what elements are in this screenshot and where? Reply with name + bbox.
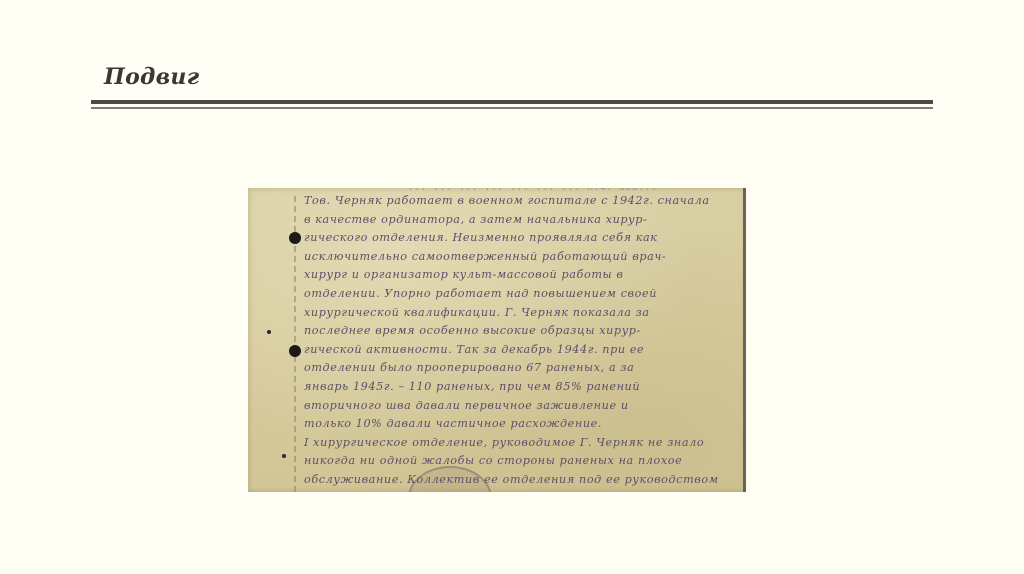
punch-hole bbox=[289, 345, 301, 357]
scanned-document-image: ... ... ... ... ... ... ... А.4. 888... … bbox=[248, 188, 746, 492]
title-divider-thin bbox=[91, 107, 933, 109]
text-line: отделении. Упорно работает над повышение… bbox=[304, 285, 740, 304]
punch-hole bbox=[289, 232, 301, 244]
ink-dot bbox=[282, 454, 286, 458]
ink-dot bbox=[267, 330, 271, 334]
text-line: никогда ни одной жалобы со стороны ранен… bbox=[304, 452, 740, 471]
text-line: отделении было прооперировано 67 раненых… bbox=[304, 359, 740, 378]
text-line: I хирургическое отделение, руководимое Г… bbox=[304, 434, 740, 453]
text-line: исключительно самоотверженный работающий… bbox=[304, 248, 740, 267]
text-line: гической активности. Так за декабрь 1944… bbox=[304, 341, 740, 360]
text-line: хирургической квалификации. Г. Черняк по… bbox=[304, 304, 740, 323]
text-line: в качестве ординатора, а затем начальник… bbox=[304, 211, 740, 230]
text-line: январь 1945г. – 110 раненых, при чем 85%… bbox=[304, 378, 740, 397]
title-divider-thick bbox=[91, 100, 933, 104]
slide-title: Подвиг bbox=[104, 64, 199, 90]
document-edge bbox=[743, 188, 746, 492]
handwritten-text: Тов. Черняк работает в военном госпитале… bbox=[304, 192, 740, 492]
text-line: хирург и организатор культ-массовой рабо… bbox=[304, 266, 740, 285]
text-line: вторичного шва давали первичное заживлен… bbox=[304, 397, 740, 416]
text-line: создал собственную художественную самоде… bbox=[304, 490, 740, 493]
text-line: обслуживание. Коллектив ее отделения под… bbox=[304, 471, 740, 490]
text-line: Тов. Черняк работает в военном госпитале… bbox=[304, 192, 740, 211]
text-line: последнее время особенно высокие образцы… bbox=[304, 322, 740, 341]
text-line: гического отделения. Неизменно проявляла… bbox=[304, 229, 740, 248]
text-line: только 10% давали частичное расхождение. bbox=[304, 415, 740, 434]
